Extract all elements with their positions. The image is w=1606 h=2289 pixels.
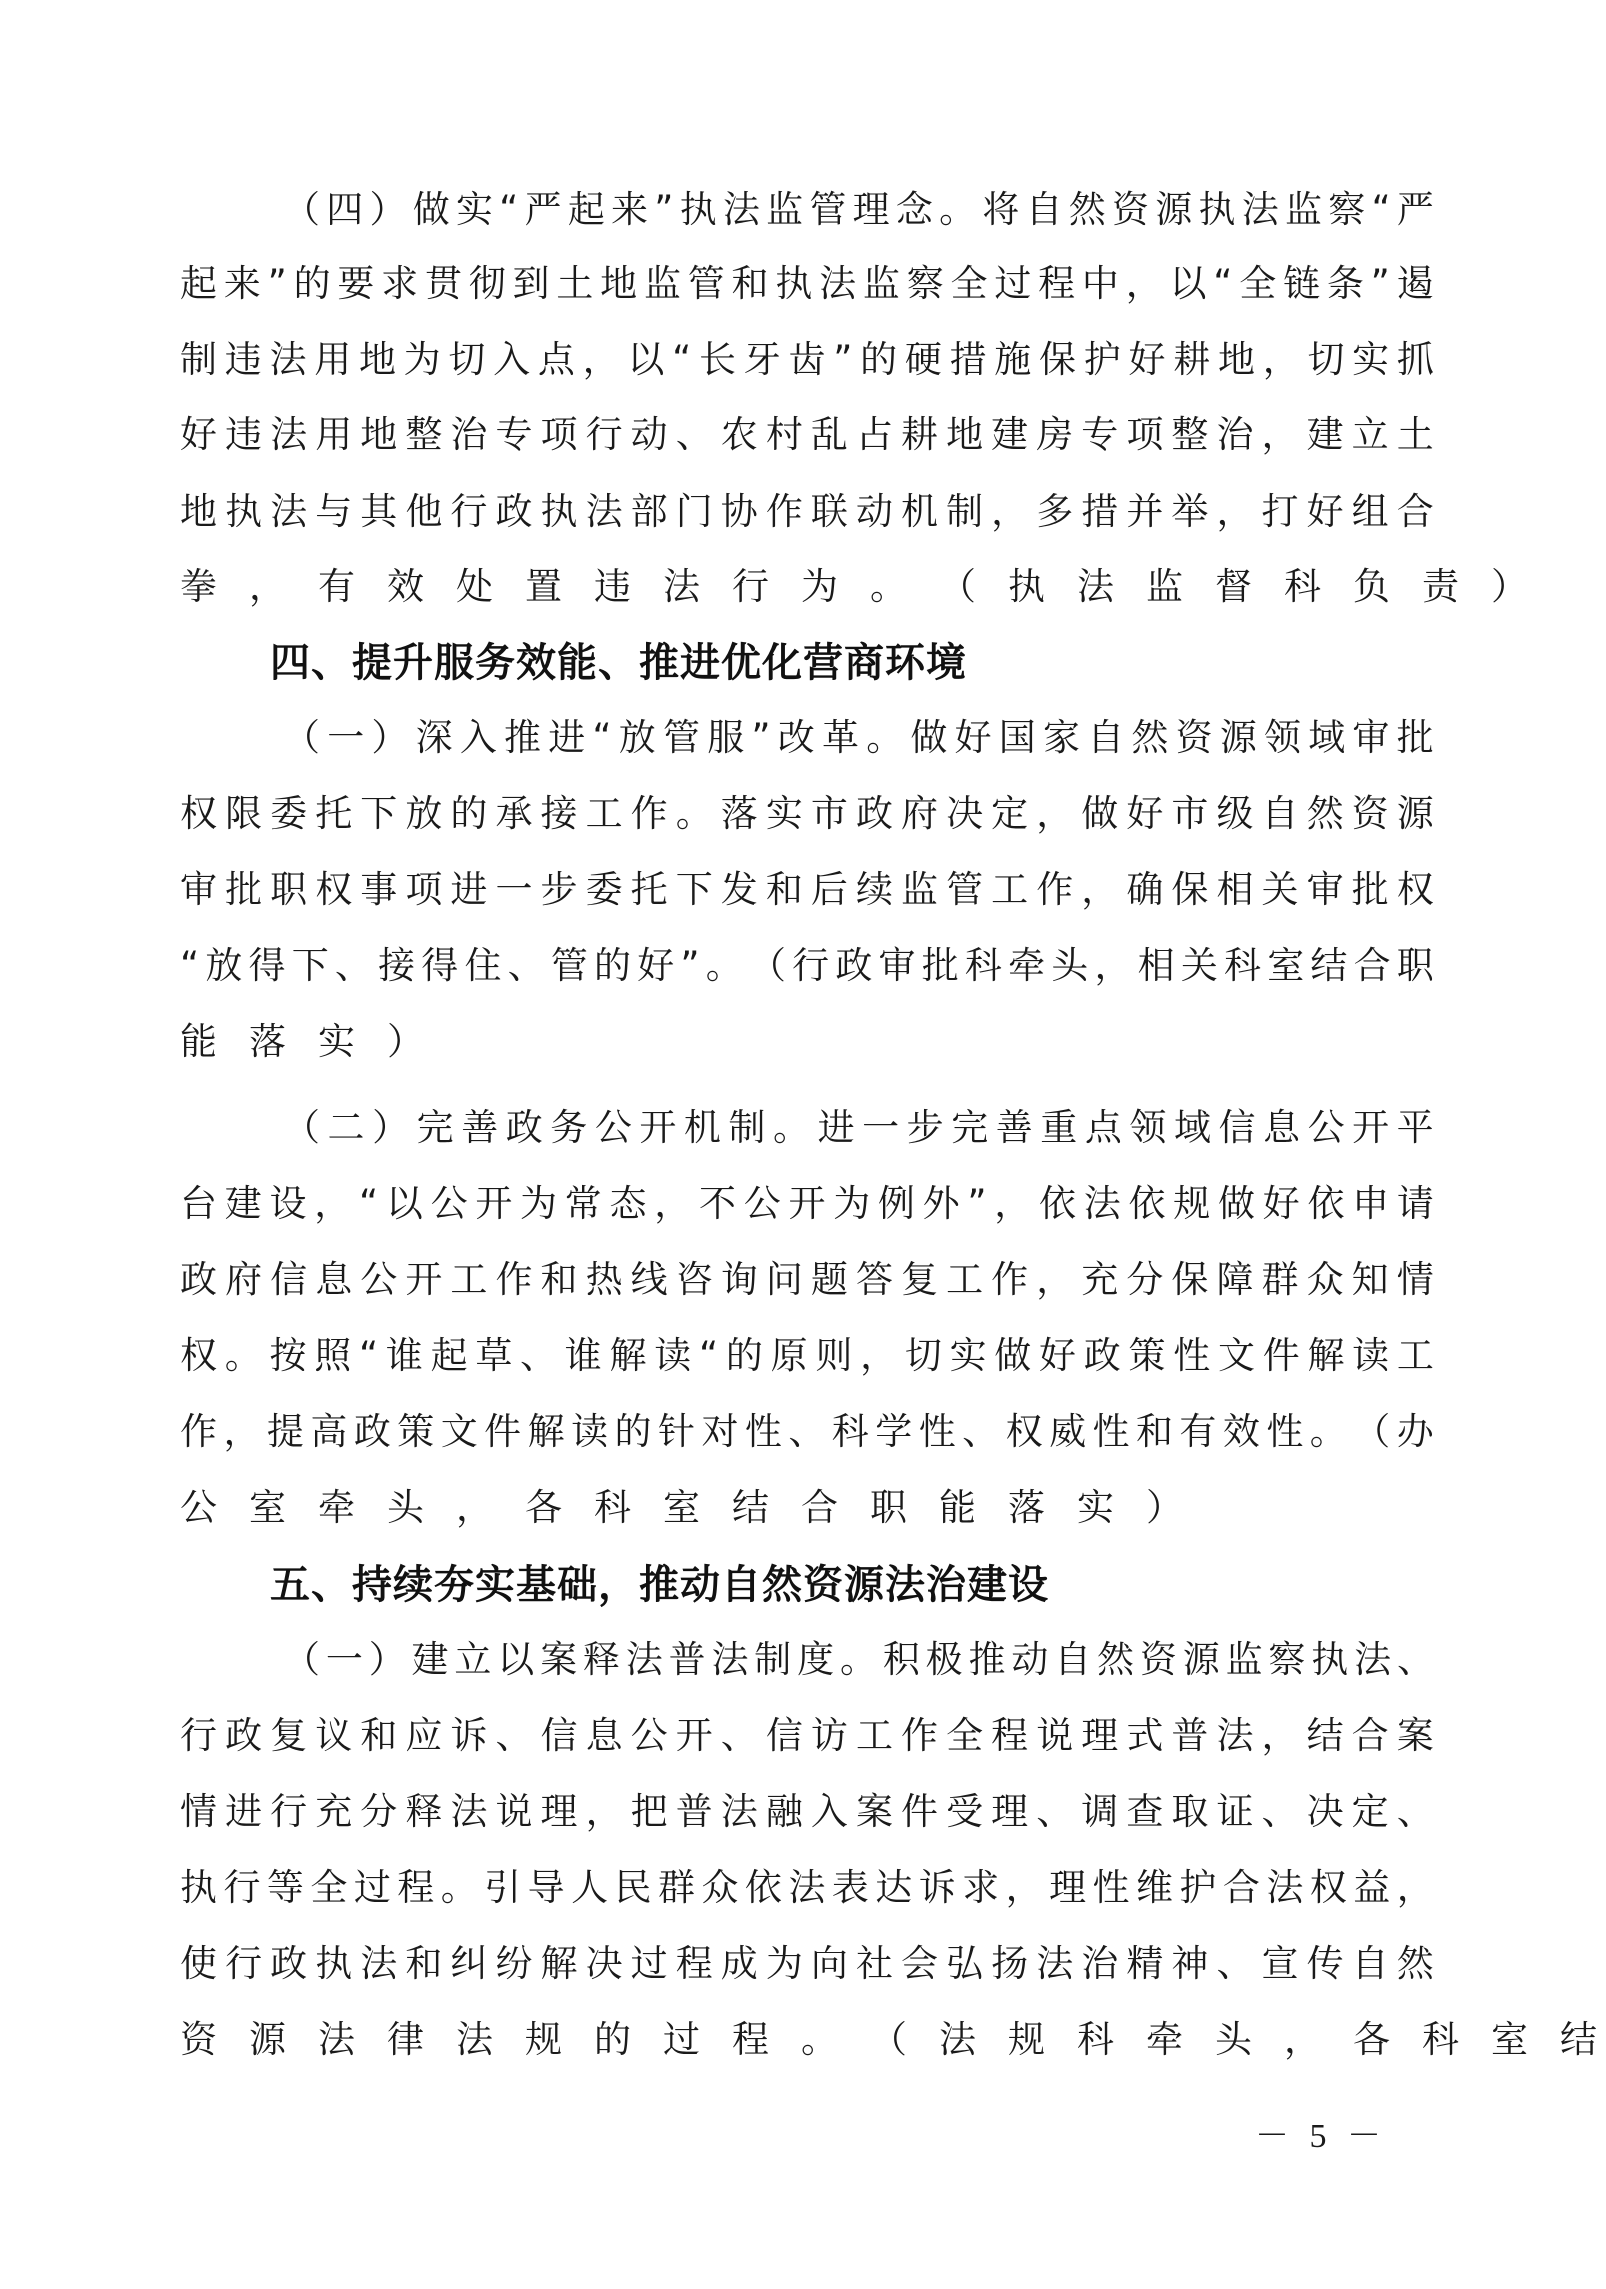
paragraph-line: （一）建立以案释法普法制度。积极推动自然资源监察执法、 [283,1636,1434,1684]
paragraph-line: 行政复议和应诉、信息公开、信访工作全程说理式普法，结合案 [180,1712,1434,1760]
paragraph-line: 制违法用地为切入点，以“长牙齿”的硬措施保护好耕地，切实抓 [180,336,1434,384]
paragraph-line: （一）深入推进“放管服”改革。做好国家自然资源领域审批 [283,714,1434,762]
page-number: － 5 － [1255,2108,1387,2157]
paragraph-line: 台建设，“以公开为常态，不公开为例外”，依法依规做好依申请 [180,1180,1434,1228]
section-heading: 五、持续夯实基础，推动自然资源法治建设 [270,1560,1049,1610]
paragraph-line: 权限委托下放的承接工作。落实市政府决定，做好市级自然资源 [180,790,1434,838]
paragraph-line: 公室牵头，各科室结合职能落实） [180,1484,1434,1532]
paragraph-line: 能落实） [180,1018,1434,1066]
paragraph-line: 资源法律法规的过程。（法规科牵头，各科室结合职能落实） [180,2016,1434,2064]
paragraph-line: 好违法用地整治专项行动、农村乱占耕地建房专项整治，建立土 [180,411,1434,459]
paragraph-line: 执行等全过程。引导人民群众依法表达诉求，理性维护合法权益， [180,1864,1434,1912]
paragraph-line: 政府信息公开工作和热线咨询问题答复工作，充分保障群众知情 [180,1256,1434,1304]
paragraph-line: 起来”的要求贯彻到土地监管和执法监察全过程中，以“全链条”遏 [180,260,1434,308]
paragraph-line: （四）做实“严起来”执法监管理念。将自然资源执法监察“严 [283,186,1434,234]
paragraph-line: 权。按照“谁起草、谁解读“的原则，切实做好政策性文件解读工 [180,1332,1434,1380]
paragraph-line: 地执法与其他行政执法部门协作联动机制，多措并举，打好组合 [180,488,1434,536]
paragraph-line: “放得下、接得住、管的好”。（行政审批科牵头，相关科室结合职 [180,942,1434,990]
document-page: （四）做实“严起来”执法监管理念。将自然资源执法监察“严 起来”的要求贯彻到土地… [0,0,1606,2289]
paragraph-line: 拳，有效处置违法行为。（执法监督科负责） [180,563,1434,611]
paragraph-line: 情进行充分释法说理，把普法融入案件受理、调查取证、决定、 [180,1788,1434,1836]
paragraph-line: 审批职权事项进一步委托下发和后续监管工作，确保相关审批权 [180,866,1434,914]
paragraph-line: 作，提高政策文件解读的针对性、科学性、权威性和有效性。（办 [180,1408,1434,1456]
paragraph-line: （二）完善政务公开机制。进一步完善重点领域信息公开平 [283,1104,1434,1152]
section-heading: 四、提升服务效能、推进优化营商环境 [270,638,967,688]
paragraph-line: 使行政执法和纠纷解决过程成为向社会弘扬法治精神、宣传自然 [180,1940,1434,1988]
